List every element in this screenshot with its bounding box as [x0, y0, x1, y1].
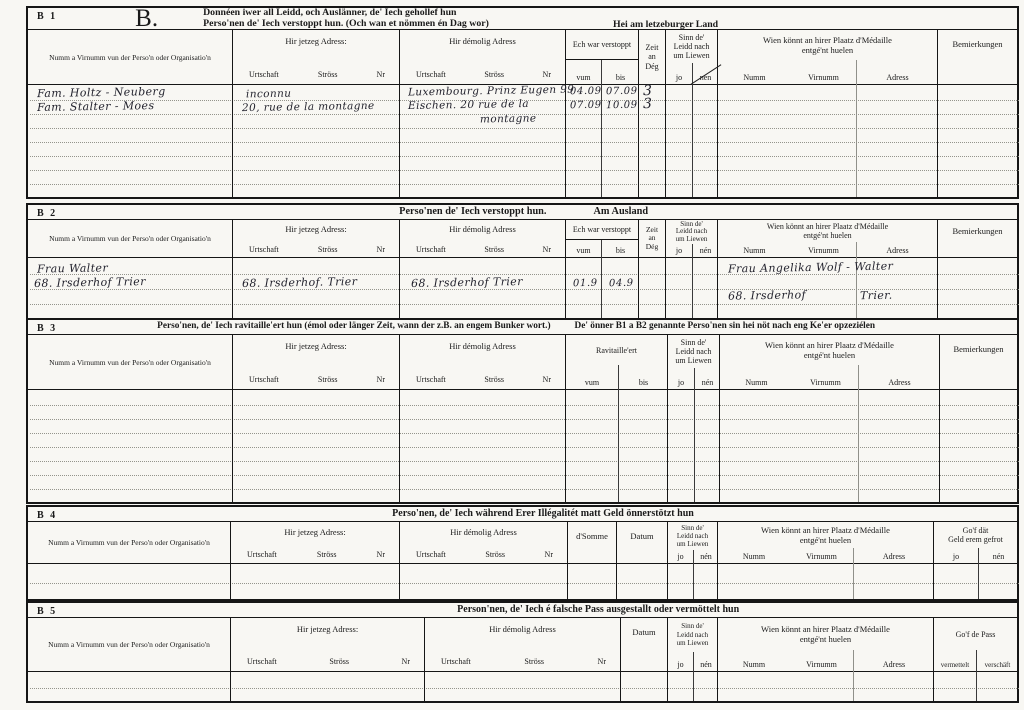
- urtschaft-label: Urtschaft: [416, 375, 446, 384]
- medaille-label: Wien könnt an hirer Plaatz d'Médaille en…: [718, 522, 933, 548]
- sinn-label-3: um Liewen: [677, 540, 709, 548]
- ravitailleert-text: Ravitaille'ert: [596, 346, 637, 355]
- b2-entry-demolig: 68. Irsderhof Trier: [411, 275, 523, 290]
- geld-gefrot-label-1: Go'f dät: [963, 526, 989, 535]
- subcol-adress: Adress: [853, 548, 934, 599]
- geld-gefrot-label: Go'f dät Geld erem gefrot: [934, 522, 1017, 548]
- jo-body: [668, 390, 694, 502]
- medaille-label-2: entgé'nt huelen: [802, 45, 853, 55]
- section-b1-titlebar: B 1 B. Donnéen iwer all Leidd, och Auslä…: [28, 8, 1017, 30]
- numm-label: Numm: [718, 548, 790, 564]
- nen-label: nén: [695, 368, 720, 390]
- col-group-sinn: Sinn de' Leidd nach um Liewen jo nén: [667, 522, 717, 599]
- medaille-subcols: Numm Virnumm Adress: [720, 365, 939, 502]
- col-zeit-body: [639, 258, 665, 318]
- jetzeg-adress-label: Hir jetzeg Adress:: [233, 224, 399, 234]
- col-jetzeg-adress: Hir jetzeg Adress: Urtschaft Ströss Nr: [232, 220, 399, 318]
- b1-entry-zeit: 3: [643, 96, 653, 112]
- medaille-label: Wien könnt an hirer Plaatz d'Médaille en…: [718, 618, 933, 650]
- sinn-label-3: um Liewen: [673, 51, 709, 60]
- ravitailleert-label: Ravitaille'ert: [566, 335, 667, 365]
- adress-sublabels: Urtschaft Ströss Nr: [425, 657, 620, 671]
- col-group-verstoppt: Ech war verstoppt vum bis: [565, 220, 638, 318]
- sinn-subcols: jo nén: [668, 550, 717, 599]
- gof-pass-text: Go'f de Pass: [956, 630, 996, 639]
- verstoppt-label: Ech war verstoppt: [566, 30, 638, 60]
- jo-label: jo: [668, 368, 694, 390]
- adress-sublabels: Urtschaft Ströss Nr: [233, 70, 399, 84]
- col-header-demolig-adress: Hir démolig Adress Urtschaft Ströss Nr: [400, 220, 565, 258]
- nen-body: [693, 258, 718, 318]
- form-title: Donnéen iwer all Leidd, och Auslänner, d…: [203, 8, 489, 29]
- section-b2-label: B 2: [37, 208, 57, 219]
- sinn-label-2: Leidd nach: [677, 631, 708, 640]
- stross-label: Ströss: [524, 657, 544, 666]
- col-header-zeit: Zeit an Dég: [639, 30, 665, 85]
- geld-gefrot-subcols: jo nén: [934, 548, 1017, 599]
- virnumm-label: Virnumm: [791, 242, 856, 258]
- stross-label: Ströss: [485, 550, 505, 559]
- jo-body: [668, 672, 693, 701]
- section-b2-subtitle: Am Ausland: [593, 206, 648, 217]
- jetzeg-adress-label: Hir jetzeg Adress:: [233, 36, 399, 46]
- col-demolig-adress: Hir démolig Adress Urtschaft Ströss Nr: [399, 335, 565, 502]
- adress-sublabels: Urtschaft Ströss Nr: [400, 375, 565, 389]
- form-title-line1: Donnéen iwer all Leidd, och Auslänner, d…: [203, 8, 489, 19]
- subcol-virnumm: Virnumm: [791, 60, 856, 197]
- sinn-subcols: jo nén: [666, 244, 717, 318]
- medaille-label-1: Wien könnt an hirer Plaatz d'Médaille: [767, 222, 888, 231]
- col-header-name: Numm a Virnumm vun der Perso'n oder Orga…: [28, 30, 232, 85]
- section-b2-title: Perso'nen de' Iech verstoppt hun.: [399, 206, 546, 217]
- demolig-adress-label: Hir démolig Adress: [400, 341, 565, 351]
- col-header-name: Numm a Virnumm vun der Perso'n oder Orga…: [28, 618, 230, 672]
- col-zeit: Zeit an Dég: [638, 30, 665, 197]
- gof-pass-subcols: vermettelt verschäft: [934, 650, 1017, 701]
- sinn-label-1: Sinn de': [679, 33, 705, 42]
- section-b4-table: Numm a Virnumm vun der Perso'n oder Orga…: [28, 522, 1017, 599]
- virnumm-body: [790, 564, 853, 599]
- col-header-name-label: Numm a Virnumm vun der Perso'n oder Orga…: [48, 640, 210, 649]
- adress-label: Adress: [854, 650, 934, 672]
- urtschaft-label: Urtschaft: [247, 550, 277, 559]
- section-b4-label: B 4: [37, 510, 57, 521]
- b1-entry-jetzeg: inconnu: [246, 88, 292, 101]
- jo-label: jo: [668, 550, 693, 564]
- subcol-numm: Numm: [718, 650, 790, 701]
- b2-entry-name-line2: 68. Irsderhof Trier: [34, 275, 146, 290]
- demolig-adress-label: Hir démolig Adress: [400, 224, 565, 234]
- nr-label: Nr: [543, 375, 551, 384]
- subcol-virnumm: Virnumm: [790, 650, 853, 701]
- col-datum: Datum: [616, 522, 667, 599]
- col-name-body: [28, 564, 230, 599]
- nr-label: Nr: [402, 657, 410, 666]
- adress-sublabels: Urtschaft Ströss Nr: [233, 245, 399, 257]
- b2-entry-medaille-adress2: Trier.: [860, 289, 893, 303]
- col-group-verstoppt: Ech war verstoppt vum bis: [565, 30, 638, 197]
- section-b4-title: Perso'nen, de' Iech während Erer Illégal…: [392, 508, 694, 519]
- b1-entry-vum: 04.09: [570, 86, 602, 98]
- col-datum-body: [621, 672, 667, 701]
- sinn-label-1: Sinn de': [681, 622, 703, 631]
- col-name-body: [28, 390, 232, 502]
- sinn-label-1: Sinn de': [681, 338, 707, 347]
- sinn-label-3: um Liewen: [675, 356, 711, 365]
- col-bemierkungen: Bemierkungen: [937, 220, 1017, 318]
- bis-label: bis: [602, 60, 639, 85]
- stross-label: Ströss: [484, 245, 504, 254]
- nr-label: Nr: [377, 375, 385, 384]
- col-group-gof-pass: Go'f de Pass vermettelt verschäft: [933, 618, 1017, 701]
- sinn-label-3: um Liewen: [676, 236, 708, 244]
- col-demolig-adress: Hir démolig Adress Urtschaft Ströss Nr: [399, 220, 565, 318]
- jo-body: [934, 564, 978, 599]
- b1-entry-name: Fam. Holtz - Neuberg: [37, 85, 166, 100]
- col-demolig-body: [400, 390, 565, 502]
- b2-entry-name: Frau Walter: [37, 261, 108, 275]
- col-header-demolig-adress: Hir démolig Adress Urtschaft Ströss Nr: [400, 30, 565, 85]
- col-header-bemierkungen: Bemierkungen: [940, 335, 1017, 390]
- col-name-body: [28, 672, 230, 701]
- stross-label: Ströss: [318, 245, 338, 254]
- col-group-medaille: Wien könnt an hirer Plaatz d'Médaille en…: [719, 335, 939, 502]
- verstoppt-text: Ech war verstoppt: [573, 225, 631, 234]
- col-header-demolig-adress: Hir démolig Adress Urtschaft Ströss Nr: [400, 335, 565, 390]
- col-jetzeg-adress: Hir jetzeg Adress: Urtschaft Ströss Nr: [230, 522, 399, 599]
- b1-entry-bis: 07.09: [606, 86, 638, 98]
- medaille-label-1: Wien könnt an hirer Plaatz d'Médaille: [761, 525, 890, 535]
- virnumm-label: Virnumm: [793, 365, 858, 390]
- nen-body: [695, 390, 720, 502]
- section-b3-table: Numm a Virnumm vun der Perso'n oder Orga…: [28, 335, 1017, 502]
- adress-sublabels: Urtschaft Ströss Nr: [231, 657, 424, 671]
- nen-body: [694, 564, 718, 599]
- subcol-numm: Numm: [718, 60, 791, 197]
- subcol-nen: nén: [694, 368, 720, 502]
- section-b5: B 5 Person'nen, de' Iech é falsche Pass …: [26, 601, 1019, 703]
- col-header-name-label: Numm a Virnumm vun der Perso'n oder Orga…: [49, 358, 211, 367]
- adress-body: [859, 390, 940, 502]
- medaille-label: Wien könnt an hirer Plaatz d'Médaille en…: [720, 335, 939, 365]
- virnumm-label: Virnumm: [791, 60, 856, 85]
- urtschaft-label: Urtschaft: [416, 550, 446, 559]
- col-header-name: Numm a Virnumm vun der Perso'n oder Orga…: [28, 335, 232, 390]
- verstoppt-label: Ech war verstoppt: [566, 220, 638, 240]
- col-header-name: Numm a Virnumm vun der Perso'n oder Orga…: [28, 220, 232, 258]
- vum-label: vum: [566, 365, 618, 390]
- zeit-label-3: Dég: [646, 243, 659, 252]
- verstoppt-subcols: vum bis: [566, 60, 638, 197]
- medaille-subcols: Numm Virnumm Adress: [718, 60, 937, 197]
- col-datum: Datum: [620, 618, 667, 701]
- section-b2-titlebar: B 2 Perso'nen de' Iech verstoppt hun. Am…: [28, 205, 1017, 220]
- col-header-jetzeg-adress: Hir jetzeg Adress: Urtschaft Ströss Nr: [233, 335, 399, 390]
- subcol-nen: nén: [692, 244, 718, 318]
- adress-label: Adress: [857, 60, 938, 85]
- b2-entry-medaille-adress1: 68. Irsderhof: [728, 288, 806, 302]
- section-b3: B 3 Perso'nen, de' Iech ravitaille'ert h…: [26, 318, 1019, 504]
- col-header-dsomme: d'Somme: [568, 522, 616, 564]
- b1-entry-bis: 10.09: [606, 100, 638, 112]
- virnumm-label: Virnumm: [790, 650, 853, 672]
- geld-gefrot-label-2: Geld erem gefrot: [948, 535, 1003, 544]
- subcol-nen: nén: [693, 550, 718, 599]
- sinn-label: Sinn de' Leidd nach um Liewen: [668, 522, 717, 550]
- stross-label: Ströss: [484, 375, 504, 384]
- form-letter-b: B.: [135, 8, 158, 30]
- jo-body: [666, 258, 692, 318]
- nr-label: Nr: [377, 70, 385, 79]
- subcol-jo: jo: [666, 63, 692, 197]
- col-group-medaille: Wien könnt an hirer Plaatz d'Médaille en…: [717, 618, 933, 701]
- medaille-label-2: entgé'nt huelen: [803, 231, 851, 240]
- sinn-label: Sinn de' Leidd nach um Liewen: [668, 618, 717, 652]
- subcol-adress: Adress: [856, 242, 938, 318]
- virnumm-body: [791, 85, 856, 197]
- subcol-adress: Adress: [856, 60, 938, 197]
- jo-body: [666, 85, 692, 197]
- col-header-bemierkungen: Bemierkungen: [938, 30, 1017, 85]
- section-b4-titlebar: B 4 Perso'nen, de' Iech während Erer Ill…: [28, 507, 1017, 522]
- col-bemierkungen-body: [938, 85, 1017, 197]
- col-demolig-body: [400, 564, 567, 599]
- col-group-sinn: Sinn de' Leidd nach um Liewen jo nén: [667, 335, 719, 502]
- adress-sublabels: Urtschaft Ströss Nr: [400, 550, 567, 563]
- subcol-vum: vum: [566, 365, 618, 502]
- col-header-name-label: Numm a Virnumm vun der Perso'n oder Orga…: [49, 53, 211, 62]
- section-b1-label: B 1: [37, 11, 57, 22]
- subcol-nen: nén: [692, 63, 718, 197]
- medaille-subcols: Numm Virnumm Adress: [718, 650, 933, 701]
- sinn-subcols: jo nén: [668, 368, 719, 502]
- sinn-label-2: Leidd nach: [676, 347, 712, 356]
- col-dsomme: d'Somme: [567, 522, 616, 599]
- section-b3-title: Perso'nen, de' Iech ravitaille'ert hun (…: [157, 321, 550, 331]
- stross-label: Ströss: [318, 375, 338, 384]
- section-b1: B 1 B. Donnéen iwer all Leidd, och Auslä…: [26, 6, 1019, 199]
- urtschaft-label: Urtschaft: [416, 245, 446, 254]
- urtschaft-label: Urtschaft: [416, 70, 446, 79]
- verstoppt-text: Ech war verstoppt: [573, 40, 631, 49]
- urtschaft-label: Urtschaft: [247, 657, 277, 666]
- sinn-label-1: Sinn de': [681, 524, 703, 532]
- col-header-jetzeg-adress: Hir jetzeg Adress: Urtschaft Ströss Nr: [233, 220, 399, 258]
- col-jetzeg-body: [233, 390, 399, 502]
- zeit-label-3: Dég: [645, 62, 658, 72]
- numm-body: [720, 390, 793, 502]
- nr-label: Nr: [377, 245, 385, 254]
- subcol-virnumm: Virnumm: [793, 365, 858, 502]
- ravitailleert-subcols: vum bis: [566, 365, 667, 502]
- col-group-ravitailleert: Ravitaille'ert vum bis: [565, 335, 667, 502]
- jo-label: jo: [666, 244, 692, 258]
- nen-label: nén: [979, 548, 1018, 564]
- col-header-datum: Datum: [621, 618, 667, 672]
- col-header-bemierkungen: Bemierkungen: [938, 220, 1017, 258]
- col-group-sinn: Sinn de' Leidd nach um Liewen jo nén: [665, 30, 717, 197]
- nr-label: Nr: [598, 657, 606, 666]
- col-bemierkungen-body: [940, 390, 1017, 502]
- col-header-name-label: Numm a Virnumm vun der Perso'n oder Orga…: [49, 234, 211, 243]
- b1-entry-name: Fam. Stalter - Moes: [37, 99, 155, 114]
- nen-body: [693, 85, 718, 197]
- col-jetzeg-body: [231, 564, 399, 599]
- bis-label: bis: [602, 240, 639, 258]
- col-jetzeg-adress: Hir jetzeg Adress: Urtschaft Ströss Nr: [230, 618, 424, 701]
- col-header-demolig-adress: Hir démolig Adress Urtschaft Ströss Nr: [425, 618, 620, 672]
- b1-entry-demolig: Eischen. 20 rue de la: [408, 98, 529, 112]
- nen-label: nén: [693, 244, 718, 258]
- bemierkungen-label: Bemierkungen: [952, 39, 1002, 84]
- jetzeg-adress-label: Hir jetzeg Adress:: [231, 624, 424, 634]
- adress-sublabels: Urtschaft Ströss Nr: [231, 550, 399, 563]
- subcol-jo: jo: [668, 368, 694, 502]
- col-header-name-label: Numm a Virnumm vun der Perso'n oder Orga…: [48, 538, 210, 547]
- section-b2: B 2 Perso'nen de' Iech verstoppt hun. Am…: [26, 203, 1019, 320]
- section-b3-label: B 3: [37, 323, 57, 334]
- nen-label: nén: [694, 550, 718, 564]
- medaille-label-1: Wien könnt an hirer Plaatz d'Médaille: [761, 624, 890, 634]
- urtschaft-label: Urtschaft: [249, 70, 279, 79]
- numm-label: Numm: [718, 650, 790, 672]
- zeit-label-1: Zeit: [646, 43, 659, 53]
- subcol-jo: jo: [934, 548, 978, 599]
- virnumm-label: Virnumm: [790, 548, 853, 564]
- scanned-form-page: { "colors": { "ink": "#1a1a1a", "paper":…: [0, 0, 1024, 710]
- col-header-jetzeg-adress: Hir jetzeg Adress: Urtschaft Ströss Nr: [233, 30, 399, 85]
- col-bemierkungen: Bemierkungen: [939, 335, 1017, 502]
- section-b5-table: Numm a Virnumm vun der Perso'n oder Orga…: [28, 618, 1017, 701]
- sinn-label-2: Leidd nach: [674, 42, 710, 51]
- adress-body: [857, 85, 938, 197]
- subcol-nen: nén: [978, 548, 1018, 599]
- section-b4: B 4 Perso'nen, de' Iech während Erer Ill…: [26, 505, 1019, 601]
- subcol-numm: Numm: [720, 365, 793, 502]
- nr-label: Nr: [377, 550, 385, 559]
- jo-label: jo: [668, 652, 693, 672]
- section-b3-titlebar: B 3 Perso'nen, de' Iech ravitaille'ert h…: [28, 320, 1017, 335]
- virnumm-body: [790, 672, 853, 701]
- b1-entry-jetzeg: 20, rue de la montagne: [242, 100, 375, 114]
- sinn-label: Sinn de' Leidd nach um Liewen: [668, 335, 719, 368]
- section-b5-title: Person'nen, de' Iech é falsche Pass ausg…: [457, 604, 739, 615]
- b2-entry-vum: 01.9: [573, 278, 598, 289]
- medaille-label: Wien könnt an hirer Plaatz d'Médaille en…: [718, 220, 937, 242]
- datum-label: Datum: [632, 627, 655, 671]
- col-group-sinn: Sinn de' Leidd nach um Liewen jo nén: [667, 618, 717, 701]
- col-bemierkungen-body: [938, 258, 1017, 318]
- vum-body: [566, 390, 618, 502]
- col-jetzeg-adress: Hir jetzeg Adress: Urtschaft Ströss Nr: [232, 335, 399, 502]
- medaille-label-2: entgé'nt huelen: [804, 350, 855, 360]
- medaille-label-2: entgé'nt huelen: [800, 535, 851, 545]
- col-group-sinn: Sinn de' Leidd nach um Liewen jo nén: [665, 220, 717, 318]
- adress-label: Adress: [857, 242, 938, 258]
- nr-label: Nr: [543, 70, 551, 79]
- col-name: Numm a Virnumm vun der Perso'n oder Orga…: [28, 618, 230, 701]
- form-title-line2: Perso'nen de' Iech verstoppt hun. (Och w…: [203, 19, 489, 30]
- medaille-label: Wien könnt an hirer Plaatz d'Médaille en…: [718, 30, 937, 60]
- subcol-virnumm: Virnumm: [791, 242, 856, 318]
- col-name: Numm a Virnumm vun der Perso'n oder Orga…: [28, 522, 230, 599]
- nr-label: Nr: [545, 550, 553, 559]
- subcol-nen: nén: [693, 652, 718, 701]
- subcol-adress: Adress: [853, 650, 934, 701]
- adress-body: [854, 564, 934, 599]
- vermettelt-label: vermettelt: [934, 650, 976, 672]
- col-demolig-body: [425, 672, 620, 701]
- subcol-vermettelt: vermettelt: [934, 650, 976, 701]
- nen-label: nén: [694, 652, 718, 672]
- col-group-medaille: Wien könnt an hirer Plaatz d'Médaille en…: [717, 522, 933, 599]
- sinn-label-3: um Liewen: [677, 639, 709, 648]
- section-b5-label: B 5: [37, 606, 57, 617]
- numm-body: [718, 564, 790, 599]
- subcol-vum: vum: [566, 60, 601, 197]
- col-demolig-adress: Hir démolig Adress Urtschaft Ströss Nr: [399, 522, 567, 599]
- col-header-zeit: Zeit an Dég: [639, 220, 665, 258]
- col-header-jetzeg-adress: Hir jetzeg Adress: Urtschaft Ströss Nr: [231, 522, 399, 564]
- subcol-virnumm: Virnumm: [790, 548, 853, 599]
- sinn-label-2: Leidd nach: [677, 532, 708, 540]
- jo-body: [668, 564, 693, 599]
- adress-label: Adress: [854, 548, 934, 564]
- b2-entry-jetzeg: 68. Irsderhof. Trier: [242, 275, 358, 290]
- col-header-jetzeg-adress: Hir jetzeg Adress: Urtschaft Ströss Nr: [231, 618, 424, 672]
- jo-label: jo: [666, 63, 692, 85]
- verschaft-label: verschäft: [977, 650, 1018, 672]
- sinn-label: Sinn de' Leidd nach um Liewen: [666, 30, 717, 63]
- bemierkungen-label: Bemierkungen: [952, 226, 1002, 257]
- col-demolig-adress: Hir démolig Adress Urtschaft Ströss Nr: [424, 618, 620, 701]
- stross-label: Ströss: [317, 550, 337, 559]
- medaille-subcols: Numm Virnumm Adress: [718, 548, 933, 599]
- col-header-demolig-adress: Hir démolig Adress Urtschaft Ströss Nr: [400, 522, 567, 564]
- datum-label: Datum: [630, 531, 653, 563]
- adress-body: [854, 672, 934, 701]
- col-jetzeg-body: [231, 672, 424, 701]
- subcol-jo: jo: [666, 244, 692, 318]
- adress-sublabels: Urtschaft Ströss Nr: [400, 245, 565, 257]
- vum-label: vum: [566, 60, 601, 85]
- demolig-adress-label: Hir démolig Adress: [400, 527, 567, 537]
- stross-label: Ströss: [484, 70, 504, 79]
- nen-body: [979, 564, 1018, 599]
- jetzeg-adress-label: Hir jetzeg Adress:: [233, 341, 399, 351]
- adress-sublabels: Urtschaft Ströss Nr: [400, 70, 565, 84]
- adress-sublabels: Urtschaft Ströss Nr: [233, 375, 399, 389]
- medaille-label-1: Wien könnt an hirer Plaatz d'Médaille: [765, 340, 894, 350]
- subcol-numm: Numm: [718, 242, 791, 318]
- vum-label: vum: [566, 240, 601, 258]
- subcol-adress: Adress: [858, 365, 940, 502]
- medaille-label-1: Wien könnt an hirer Plaatz d'Médaille: [763, 35, 892, 45]
- medaille-subcols: Numm Virnumm Adress: [718, 242, 937, 318]
- numm-label: Numm: [720, 365, 793, 390]
- col-header-datum: Datum: [617, 522, 667, 564]
- col-bemierkungen: Bemierkungen: [937, 30, 1017, 197]
- b1-entry-vum: 07.09: [570, 100, 602, 112]
- jetzeg-adress-label: Hir jetzeg Adress:: [231, 527, 399, 537]
- sinn-label: Sinn de' Leidd nach um Liewen: [666, 220, 717, 244]
- numm-label: Numm: [718, 60, 791, 85]
- virnumm-body: [793, 390, 858, 502]
- subcol-verschaft: verschäft: [976, 650, 1018, 701]
- bis-label: bis: [619, 365, 668, 390]
- numm-body: [718, 85, 791, 197]
- col-name: Numm a Virnumm vun der Perso'n oder Orga…: [28, 335, 232, 502]
